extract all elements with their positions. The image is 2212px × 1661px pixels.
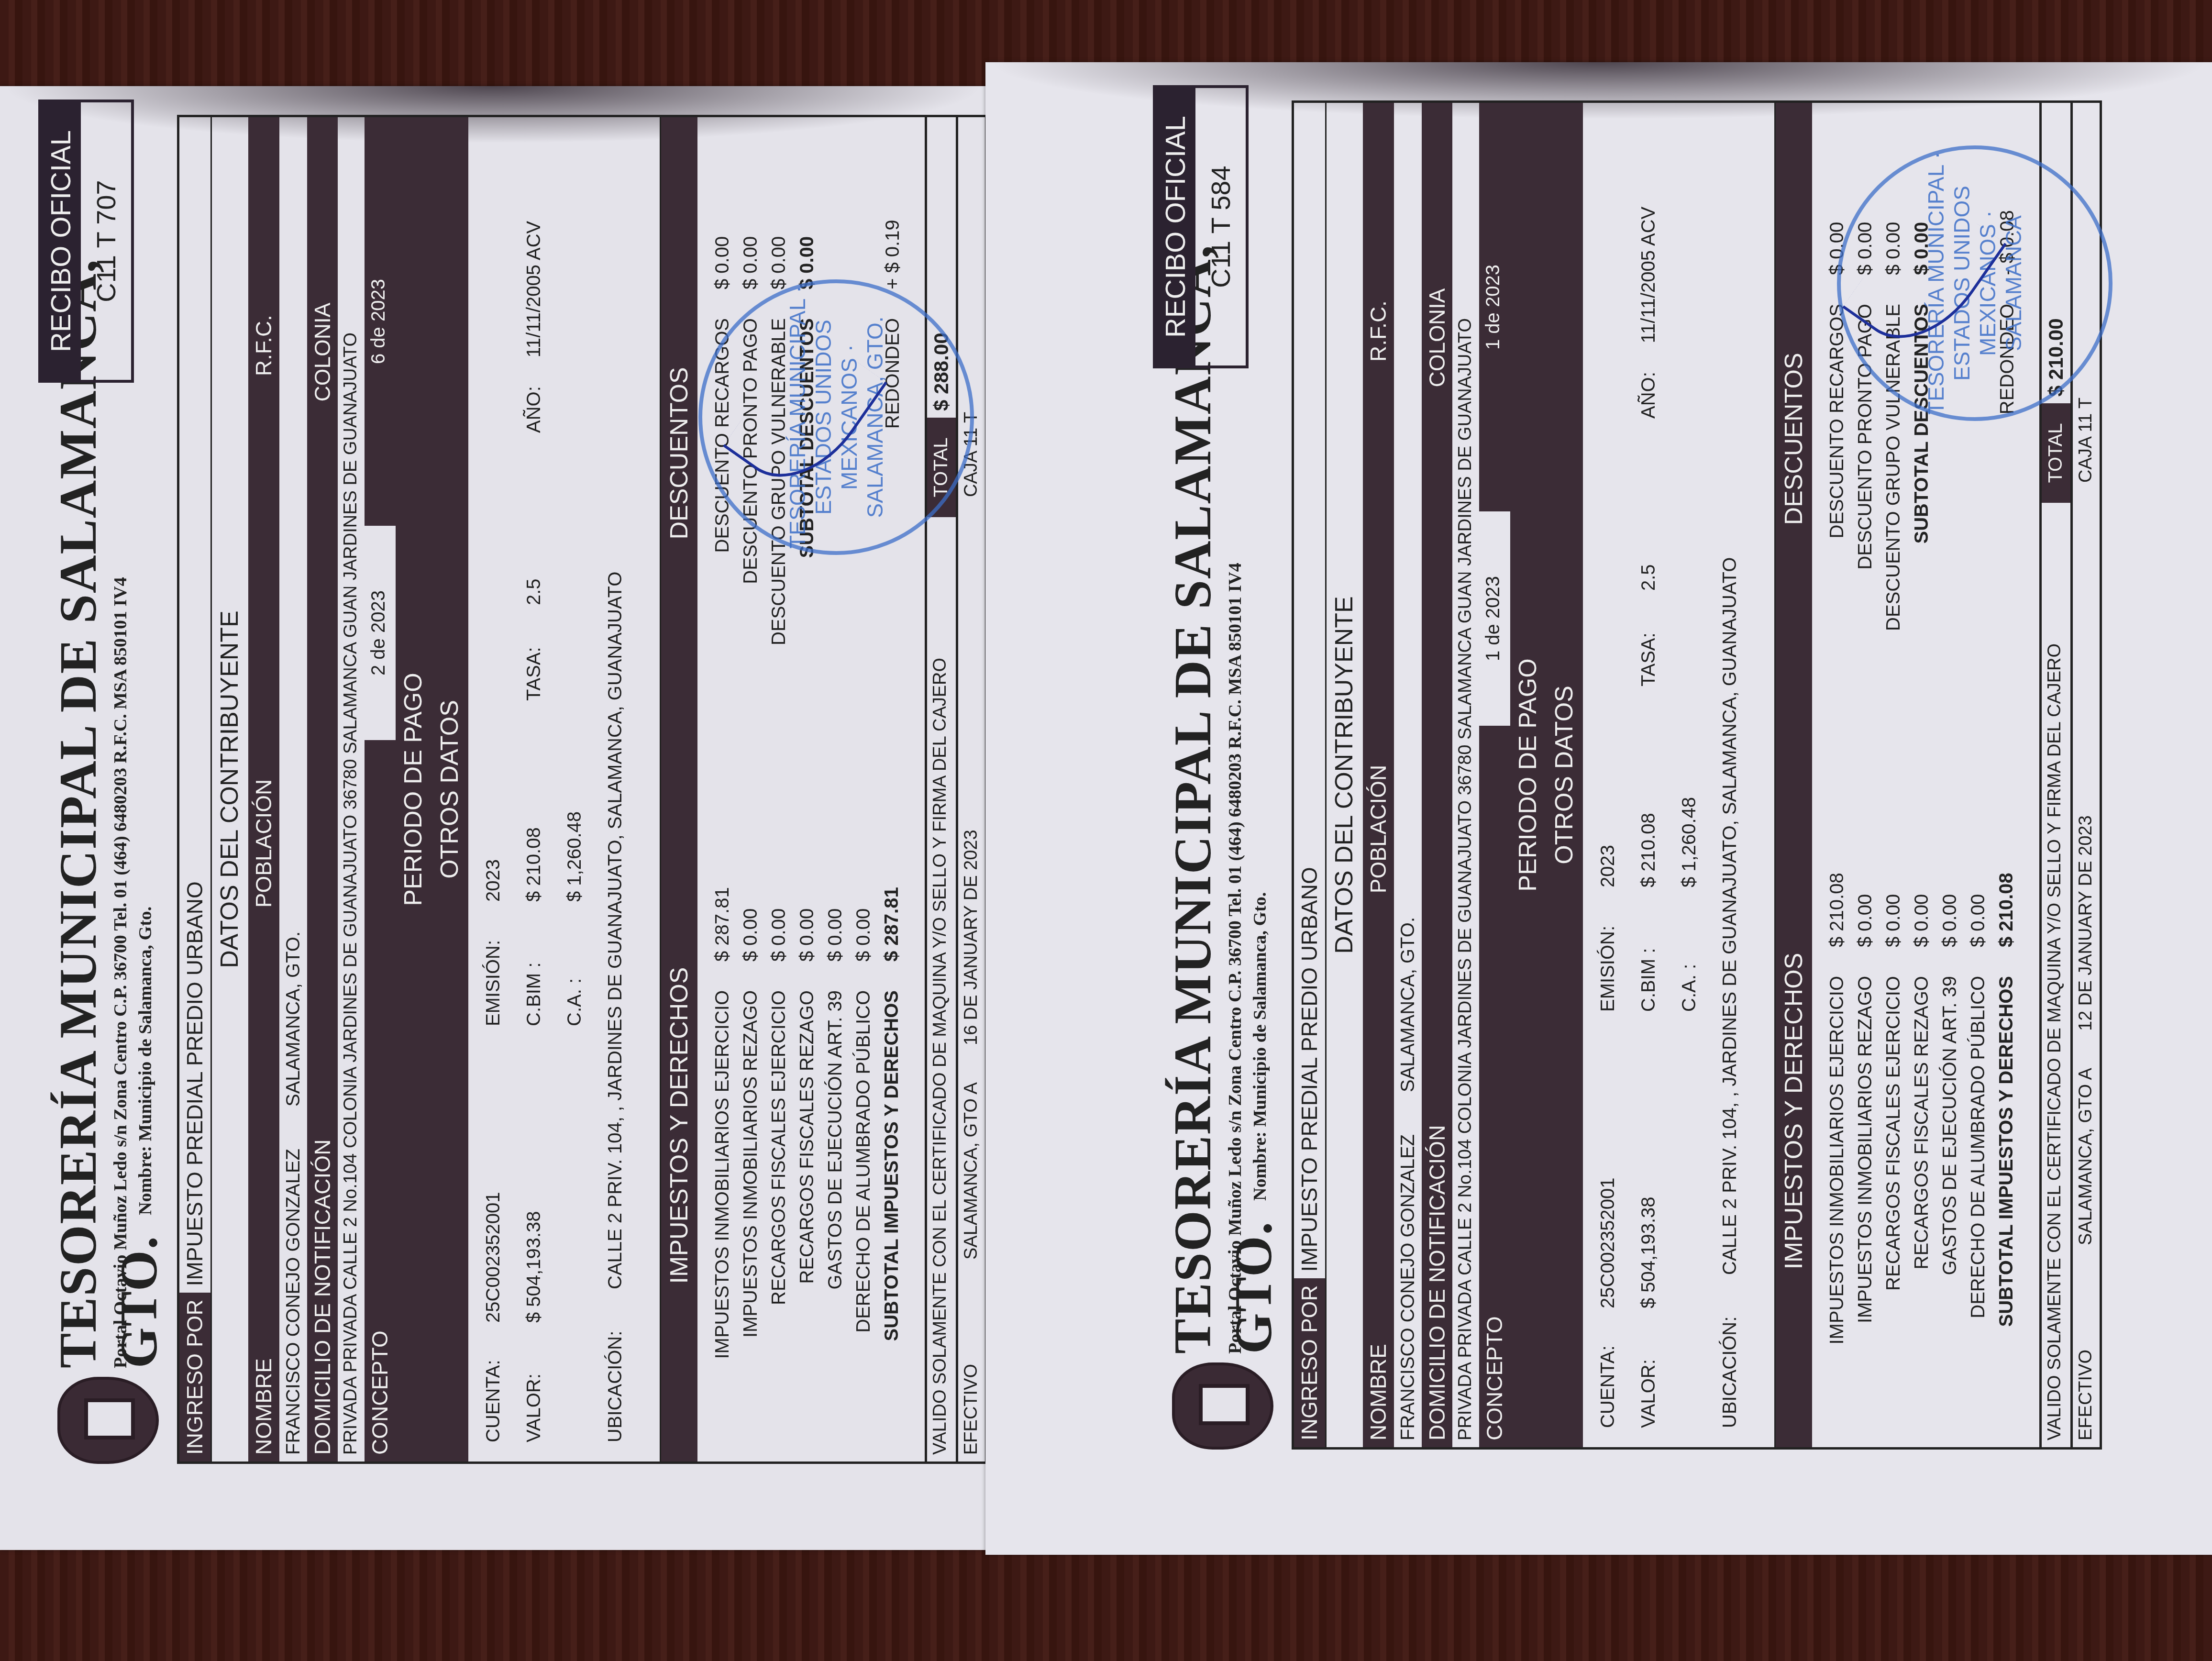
receipt-header: TESORERÍA MUNICIPAL DE SALAMANCA, GTO. P… (29, 115, 163, 1464)
impuesto-line: DERECHO DE ALUMBRADO PÚBLICO$ 0.00 (1968, 794, 1989, 1428)
line-value: $ 0.00 (796, 808, 818, 962)
colonia-label: COLONIA (1422, 103, 1453, 573)
tasa-value: 2.5 (523, 462, 545, 605)
valor-label: VALOR: (523, 1351, 545, 1442)
receipt-header: TESORERÍA MUNICIPAL DE SALAMANCA, GTO. P… (1143, 100, 1277, 1450)
line-label: RECARGOS FISCALES REZAGO (1911, 947, 1933, 1428)
municipal-crest-icon (1172, 1362, 1273, 1450)
colonia-value: JARDINES DE GUANAJUATO (338, 117, 365, 587)
impuestos-list: IMPUESTOS INMOBILIARIOS EJERCICIO$ 287.8… (697, 789, 924, 1462)
otros-datos-body: CUENTA: 25C002352001 EMISIÓN: 2023 VALOR… (468, 117, 660, 1462)
ingreso-label: INGRESO POR (1294, 1278, 1325, 1447)
concepto-label: CONCEPTO (1479, 726, 1510, 1447)
periodo-label: PERIODO DE PAGO (396, 117, 432, 1462)
line-value: $ 0.00 (1855, 794, 1876, 947)
lugar: SALAMANCA, GTO A (958, 1052, 985, 1266)
impuesto-line: RECARGOS FISCALES REZAGO$ 0.00 (796, 808, 818, 1442)
impuesto-line: GASTOS DE EJECUCIÓN ART. 39$ 0.00 (1939, 794, 1961, 1428)
impuestos-section: IMPUESTOS Y DERECHOS (661, 789, 697, 1462)
line-value: $ 0.00 (1939, 794, 1961, 947)
nombre-label: NOMBRE (248, 1113, 279, 1462)
line-label: DERECHO DE ALUMBRADO PÚBLICO (1968, 947, 1989, 1428)
domicilio-label: DOMICILIO DE NOTIFICACIÓN (1422, 573, 1453, 1447)
line-label: DESCUENTO RECARGOS (1826, 275, 1848, 756)
line-value: $ 210.08 (1826, 794, 1848, 947)
otros-datos-section: OTROS DATOS (432, 117, 468, 1462)
ubicacion-label: UBICACIÓN: (605, 1318, 626, 1442)
periodo-desde: 1 de 2023 (1479, 511, 1510, 726)
receipt-sheet-2: TESORERÍA MUNICIPAL DE SALAMANCA, GTO. P… (985, 62, 2212, 1555)
descuentos-section: DESCUENTOS (1776, 103, 1812, 775)
lugar: SALAMANCA, GTO A (2073, 1038, 2100, 1252)
ingreso-value: IMPUESTO PREDIAL PREDIO URBANO (179, 117, 210, 1293)
forma-pago: EFECTIVO (2073, 1252, 2100, 1447)
anio-value: 11/11/2005 ACV (1638, 207, 1659, 343)
impuestos-section: IMPUESTOS Y DERECHOS (1776, 775, 1812, 1447)
domicilio-value: PRIVADA PRIVADA CALLE 2 No.104 COLONIA J… (1452, 573, 1479, 1447)
ca-value: $ 1,260.48 (564, 811, 586, 902)
treasury-address: Portal Octavio Muñoz Ledo s/n Zona Centr… (1225, 563, 1246, 1354)
cuenta-label: CUENTA: (1597, 1337, 1619, 1428)
impuesto-line: DERECHO DE ALUMBRADO PÚBLICO$ 0.00 (853, 808, 874, 1442)
domicilio-value: PRIVADA PRIVADA CALLE 2 No.104 COLONIA J… (338, 587, 365, 1462)
impuestos-list: IMPUESTOS INMOBILIARIOS EJERCICIO$ 210.0… (1812, 775, 2038, 1447)
ubicacion-label: UBICACIÓN: (1719, 1304, 1741, 1428)
periodo-label: PERIODO DE PAGO (1510, 103, 1547, 1447)
line-value: $ 0.00 (1911, 794, 1933, 947)
line-value: $ 0.00 (853, 808, 874, 962)
tasa-label: TASA: (1638, 620, 1659, 687)
rfc-value (1394, 103, 1422, 559)
periodo-hasta: 1 de 2023 (1479, 103, 1510, 511)
impuesto-line: RECARGOS FISCALES EJERCICIO$ 0.00 (1883, 794, 1904, 1428)
poblacion-label: POBLACIÓN (248, 574, 279, 1113)
cbim-label: C.BIM : (523, 930, 545, 1026)
receipt-document: TESORERÍA MUNICIPAL DE SALAMANCA, GTO. P… (1143, 100, 2102, 1450)
ca-value: $ 1,260.48 (1679, 797, 1700, 887)
treasury-address: Portal Octavio Muñoz Ledo s/n Zona Centr… (110, 577, 131, 1368)
valor-label: VALOR: (1638, 1337, 1659, 1428)
fecha: 12 DE JANUARY DE 2023 (2073, 489, 2100, 1038)
line-label: IMPUESTOS INMOBILIARIOS EJERCICIO (1826, 947, 1848, 1428)
recibo-oficial-box: RECIBO OFICIAL C11 T 584 (1153, 85, 1249, 368)
emision-label: EMISIÓN: (1597, 916, 1619, 1012)
emision-label: EMISIÓN: (483, 930, 504, 1026)
recibo-oficial-box: RECIBO OFICIAL C11 T 707 (38, 100, 134, 383)
line-value: $ 0.00 (796, 136, 818, 289)
cuenta-value: 25C002352001 (1597, 1041, 1619, 1308)
anio-value: 11/11/2005 ACV (523, 221, 545, 357)
impuesto-line: RECARGOS FISCALES EJERCICIO$ 0.00 (768, 808, 790, 1442)
ingreso-value: IMPUESTO PREDIAL PREDIO URBANO (1294, 103, 1325, 1278)
valor-value: $ 504,193.38 (523, 1055, 545, 1323)
rfc-label: R.F.C. (1363, 103, 1394, 559)
line-value: $ 0.00 (740, 136, 762, 289)
cuenta-label: CUENTA: (483, 1351, 504, 1442)
line-value: $ 210.08 (1996, 794, 2017, 947)
recibo-number: C11 T 584 (1195, 88, 1246, 365)
line-label: IMPUESTOS INMOBILIARIOS REZAGO (1855, 947, 1876, 1428)
line-value: $ 0.00 (768, 136, 790, 289)
line-value: $ 0.00 (1883, 794, 1904, 947)
colonia-label: COLONIA (307, 117, 338, 587)
ca-label: C.A. : (564, 930, 586, 1026)
forma-pago: EFECTIVO (958, 1266, 985, 1462)
recibo-number: C11 T 707 (81, 102, 131, 380)
line-label: IMPUESTOS INMOBILIARIOS REZAGO (740, 962, 762, 1442)
line-value: $ 287.81 (712, 808, 733, 962)
poblacion-value: SALAMANCA, GTO. (1394, 559, 1422, 1099)
municipality-name: Nombre: Municipio de Salamanca, Gto. (1250, 892, 1271, 1201)
line-value: + $ 0.19 (882, 136, 904, 289)
nombre-value: FRANCISCO CONEJO GONZALEZ (1394, 1099, 1422, 1447)
line-value: $ 0.00 (712, 136, 733, 289)
ingreso-label: INGRESO POR (179, 1293, 210, 1462)
rfc-label: R.F.C. (248, 117, 279, 574)
tasa-value: 2.5 (1638, 447, 1659, 591)
periodo-desde: 2 de 2023 (365, 526, 396, 740)
line-label: SUBTOTAL IMPUESTOS Y DERECHOS (881, 962, 903, 1442)
receipt-sheet-1: TESORERÍA MUNICIPAL DE SALAMANCA, GTO. P… (0, 86, 985, 1550)
line-value: $ 0.00 (825, 808, 846, 962)
line-value: $ 0.00 (740, 808, 762, 962)
anio-label: AÑO: (523, 386, 545, 433)
rfc-value (279, 117, 307, 574)
impuestos-subtotal: SUBTOTAL IMPUESTOS Y DERECHOS$ 210.08 (1996, 794, 2017, 1428)
cuenta-value: 25C002352001 (483, 1055, 504, 1323)
contribuyente-section: DATOS DEL CONTRIBUYENTE (1325, 103, 1363, 1447)
ubicacion-value: CALLE 2 PRIV. 104, , JARDINES DE GUANAJU… (1719, 557, 1741, 1275)
ca-label: C.A. : (1679, 916, 1700, 1012)
recibo-label: RECIBO OFICIAL (41, 102, 81, 380)
line-label: RECARGOS FISCALES REZAGO (796, 962, 818, 1442)
impuesto-line: GASTOS DE EJECUCIÓN ART. 39$ 0.00 (825, 808, 846, 1442)
line-label: DERECHO DE ALUMBRADO PÚBLICO (853, 962, 874, 1442)
cbim-label: C.BIM : (1638, 916, 1659, 1012)
periodo-hasta: 6 de 2023 (365, 117, 396, 526)
line-label: GASTOS DE EJECUCIÓN ART. 39 (1939, 947, 1961, 1428)
recibo-label: RECIBO OFICIAL (1156, 88, 1195, 365)
line-label: SUBTOTAL IMPUESTOS Y DERECHOS (1996, 947, 2017, 1428)
colonia-value: JARDINES DE GUANAJUATO (1452, 103, 1479, 573)
municipal-crest-icon (57, 1377, 159, 1464)
ubicacion-value: CALLE 2 PRIV. 104, , JARDINES DE GUANAJU… (605, 572, 626, 1289)
line-value: $ 287.81 (881, 808, 903, 962)
cbim-value: $ 210.08 (1638, 715, 1659, 887)
fecha: 16 DE JANUARY DE 2023 (958, 504, 985, 1052)
valor-value: $ 504,193.38 (1638, 1041, 1659, 1308)
domicilio-label: DOMICILIO DE NOTIFICACIÓN (307, 587, 338, 1462)
total-label: TOTAL (2042, 403, 2070, 503)
otros-datos-body: CUENTA: 25C002352001 EMISIÓN: 2023 VALOR… (1583, 103, 1774, 1447)
line-label: GASTOS DE EJECUCIÓN ART. 39 (825, 962, 846, 1442)
impuesto-line: IMPUESTOS INMOBILIARIOS EJERCICIO$ 287.8… (712, 808, 733, 1442)
tasa-label: TASA: (523, 634, 545, 701)
line-label: RECARGOS FISCALES EJERCICIO (768, 962, 790, 1442)
anio-label: AÑO: (1638, 372, 1659, 419)
poblacion-label: POBLACIÓN (1363, 559, 1394, 1099)
impuestos-subtotal: SUBTOTAL IMPUESTOS Y DERECHOS$ 287.81 (881, 808, 903, 1442)
nombre-value: FRANCISCO CONEJO GONZALEZ (279, 1113, 307, 1462)
impuesto-line: RECARGOS FISCALES REZAGO$ 0.00 (1911, 794, 1933, 1428)
emision-value: 2023 (1597, 845, 1619, 887)
receipt-document: TESORERÍA MUNICIPAL DE SALAMANCA, GTO. P… (29, 115, 985, 1464)
descuento-line: DESCUENTO RECARGOS$ 0.00 (1826, 122, 1848, 756)
line-value: $ 0.00 (768, 808, 790, 962)
impuesto-line: IMPUESTOS INMOBILIARIOS EJERCICIO$ 210.0… (1826, 794, 1848, 1428)
line-value: $ 0.00 (1968, 794, 1989, 947)
emision-value: 2023 (483, 859, 504, 902)
concepto-label: CONCEPTO (365, 740, 396, 1462)
otros-datos-section: OTROS DATOS (1547, 103, 1583, 1447)
impuesto-line: IMPUESTOS INMOBILIARIOS REZAGO$ 0.00 (740, 808, 762, 1442)
nombre-label: NOMBRE (1363, 1099, 1394, 1447)
line-label: IMPUESTOS INMOBILIARIOS EJERCICIO (712, 962, 733, 1442)
descuentos-section: DESCUENTOS (661, 117, 697, 789)
contribuyente-section: DATOS DEL CONTRIBUYENTE (210, 117, 248, 1462)
valido-note: VALIDO SOLAMENTE CON EL CERTIFICADO DE M… (927, 517, 956, 1462)
line-label: RECARGOS FISCALES EJERCICIO (1883, 947, 1904, 1428)
valido-note: VALIDO SOLAMENTE CON EL CERTIFICADO DE M… (2042, 503, 2070, 1447)
municipality-name: Nombre: Municipio de Salamanca, Gto. (135, 907, 156, 1215)
cbim-value: $ 210.08 (523, 730, 545, 902)
poblacion-value: SALAMANCA, GTO. (279, 574, 307, 1113)
impuesto-line: IMPUESTOS INMOBILIARIOS REZAGO$ 0.00 (1855, 794, 1876, 1428)
